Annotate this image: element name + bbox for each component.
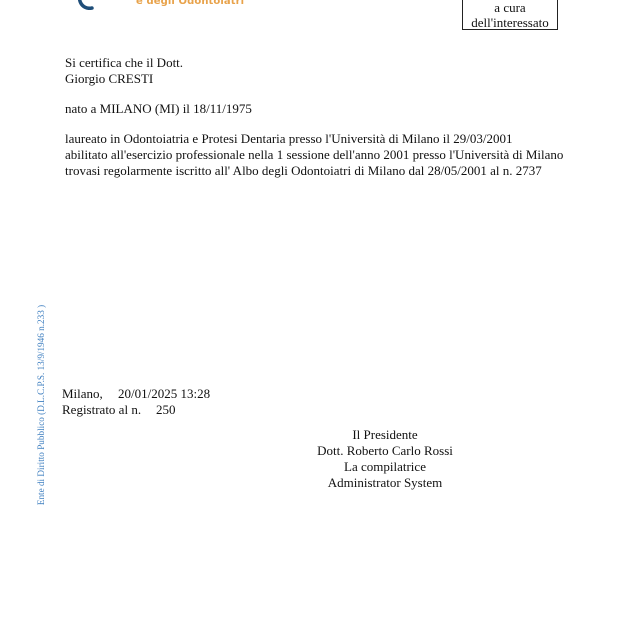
career-info: laureato in Odontoiatria e Protesi Denta…: [65, 131, 563, 179]
logo-text: e degli Odontoiatri: [136, 0, 244, 7]
degree-line: laureato in Odontoiatria e Protesi Denta…: [65, 131, 563, 147]
qualification-line: abilitato all'esercizio professionale ne…: [65, 147, 563, 163]
certificate-intro: Si certifica che il Dott. Giorgio CRESTI: [65, 55, 183, 87]
registered-label: Registrato al n.: [62, 402, 156, 418]
compiler-role: La compilatrice: [300, 459, 470, 475]
birth-info: nato a MILANO (MI) il 18/11/1975: [65, 101, 252, 117]
side-legal-note: Ente di Diritto Pubblico (D.L.C.P.S. 13/…: [36, 305, 46, 505]
doctor-name: Giorgio CRESTI: [65, 71, 183, 87]
president-role: Il Presidente: [300, 427, 470, 443]
logo-arc-icon: [78, 0, 102, 10]
compiler-name: Administrator System: [300, 475, 470, 491]
registration-line: trovasi regolarmente iscritto all' Albo …: [65, 163, 563, 179]
order-logo: e degli Odontoiatri: [78, 0, 258, 10]
president-name: Dott. Roberto Carlo Rossi: [300, 443, 470, 459]
issue-datetime: 20/01/2025 13:28: [118, 386, 210, 402]
signature-block: Il Presidente Dott. Roberto Carlo Rossi …: [300, 427, 470, 491]
place-label: Milano,: [62, 386, 118, 402]
stamp-box: a cura dell'interessato: [462, 0, 558, 30]
place-date-row: Milano, 20/01/2025 13:28: [62, 386, 210, 402]
place-date-block: Milano, 20/01/2025 13:28 Registrato al n…: [62, 386, 210, 418]
registered-number: 250: [156, 402, 176, 418]
intro-text: Si certifica che il Dott.: [65, 55, 183, 71]
registered-row: Registrato al n. 250: [62, 402, 210, 418]
stamp-line-1: a cura: [463, 0, 557, 15]
stamp-line-2: dell'interessato: [463, 15, 557, 30]
